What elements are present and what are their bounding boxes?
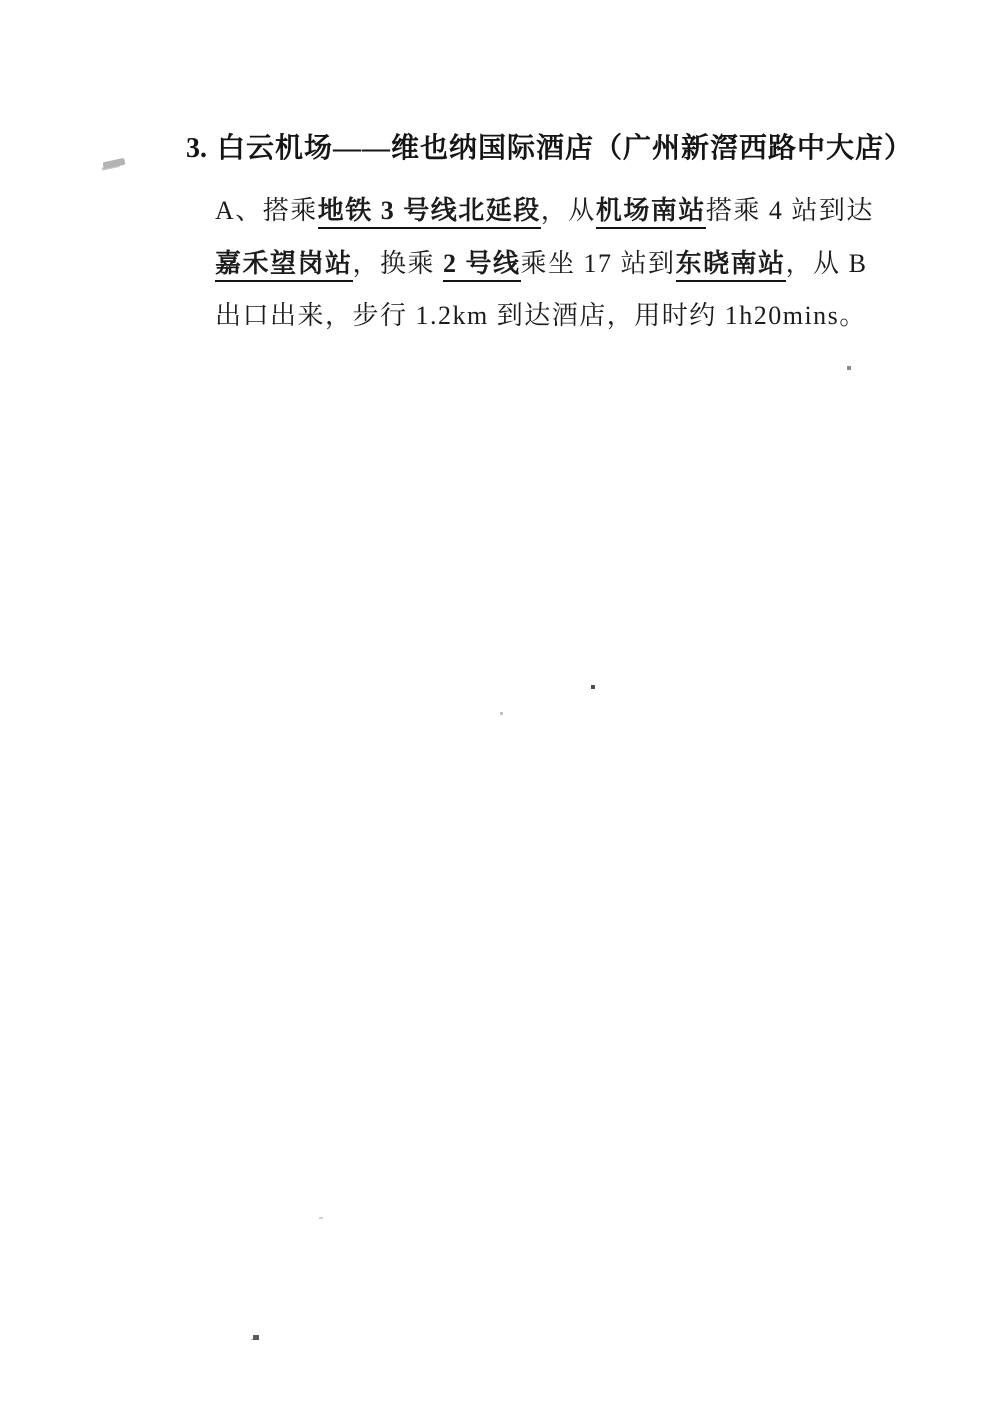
direction-line-2: 嘉禾望岗站，换乘 2 号线乘坐 17 站到东晓南站，从 B bbox=[215, 243, 867, 280]
scan-speck bbox=[591, 685, 595, 689]
dongxiaonan-station: 东晓南站 bbox=[676, 249, 786, 282]
scan-speck bbox=[253, 1335, 259, 1340]
scan-speck bbox=[847, 366, 851, 370]
section-number: 3. bbox=[186, 133, 207, 164]
text-segment: ，从 B bbox=[786, 249, 868, 278]
text-segment: 搭乘 4 站到达 bbox=[706, 196, 874, 225]
scanned-document-page: 3.白云机场——维也纳国际酒店（广州新滘西路中大店） A、搭乘地铁 3 号线北延… bbox=[0, 0, 1000, 1415]
text-segment: A、搭乘 bbox=[215, 196, 318, 225]
section-heading: 3.白云机场——维也纳国际酒店（广州新滘西路中大店） bbox=[186, 126, 913, 166]
airport-south-station: 机场南站 bbox=[596, 196, 706, 229]
scan-smudge bbox=[103, 158, 126, 169]
scan-speck bbox=[500, 712, 503, 715]
jiahewanggang-station: 嘉禾望岗站 bbox=[215, 249, 353, 282]
text-segment: 出口出来，步行 1.2km 到达酒店，用时约 1h20mins。 bbox=[215, 301, 867, 330]
direction-line-1: A、搭乘地铁 3 号线北延段，从机场南站搭乘 4 站到达 bbox=[215, 190, 874, 227]
direction-line-3: 出口出来，步行 1.2km 到达酒店，用时约 1h20mins。 bbox=[215, 295, 867, 332]
metro-line-2: 2 号线 bbox=[443, 249, 521, 282]
text-segment: 乘坐 17 站到 bbox=[521, 249, 676, 278]
scan-speck bbox=[319, 1217, 323, 1219]
section-title: 白云机场——维也纳国际酒店（广州新滘西路中大店） bbox=[217, 133, 913, 164]
text-segment: ，从 bbox=[541, 196, 596, 225]
metro-line-3-north-extension: 地铁 3 号线北延段 bbox=[318, 196, 541, 229]
text-segment: ，换乘 bbox=[353, 249, 444, 278]
